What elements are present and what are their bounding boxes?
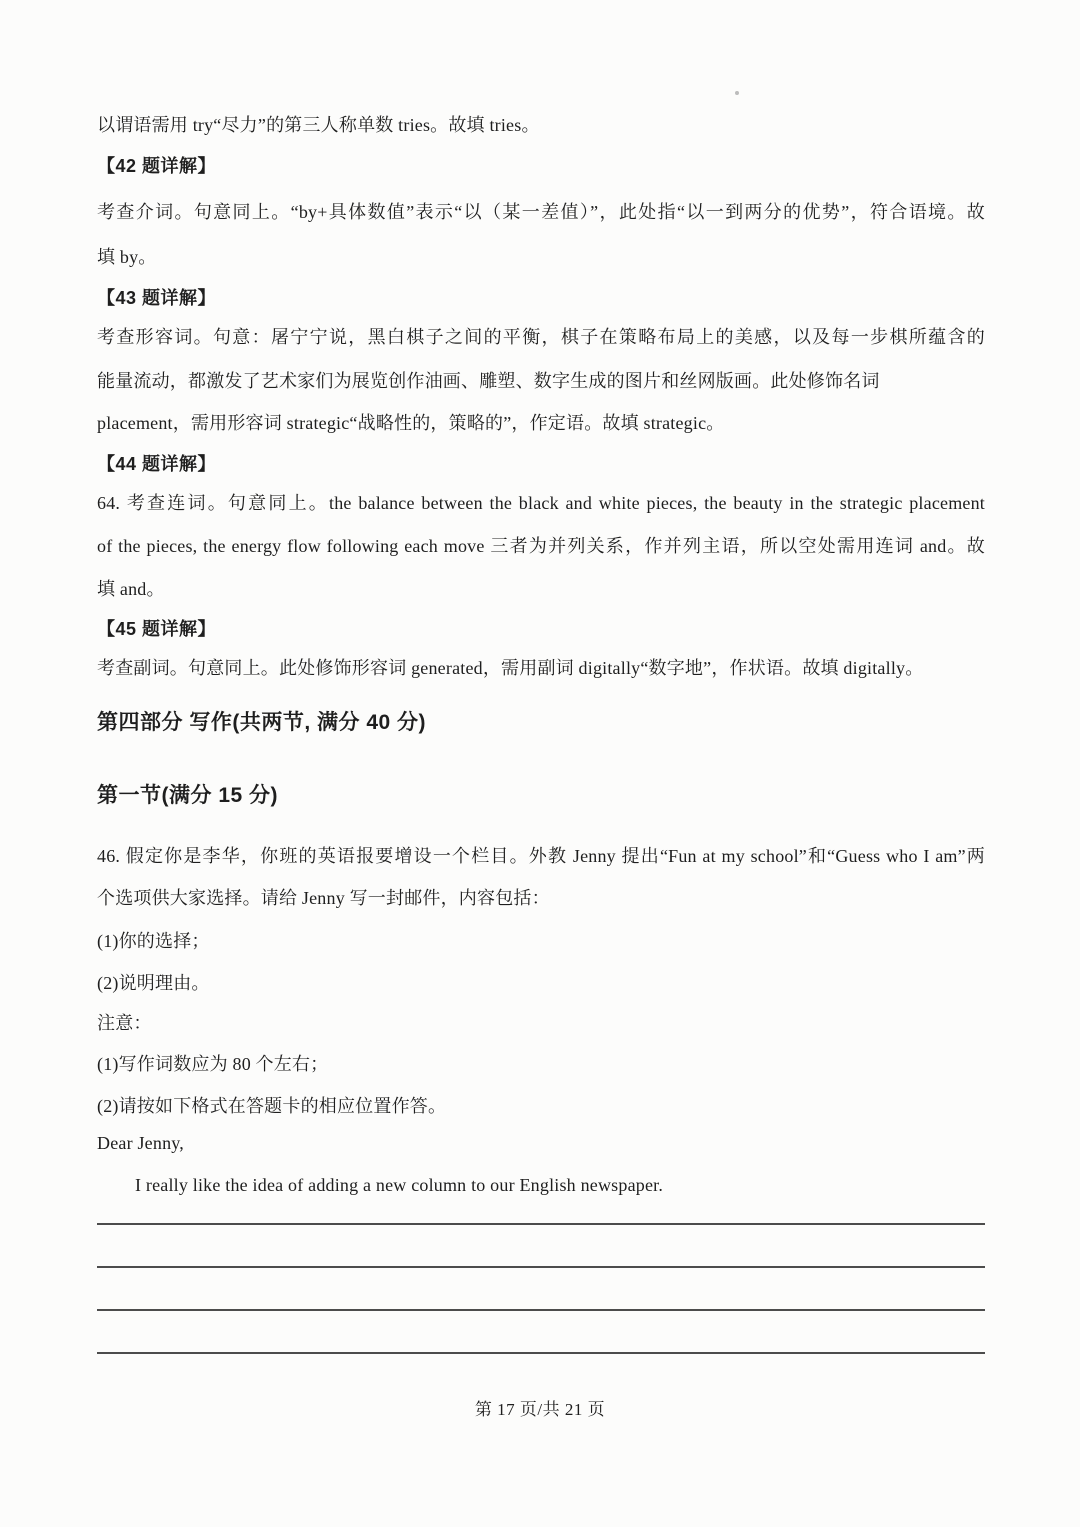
detail-heading-q45: 【45 题详解】 xyxy=(97,608,985,650)
answer-41-continuation: 以谓语需用 try“尽力”的第三人称单数 tries。故填 tries。 xyxy=(97,104,985,146)
scan-speck xyxy=(735,91,739,95)
page-number-footer: 第 17 页/共 21 页 xyxy=(0,1389,1080,1431)
note-2: (2)请按如下格式在答题卡的相应位置作答。 xyxy=(97,1085,985,1127)
task-46-line2: 个选项供大家选择。请给 Jenny 写一封邮件，内容包括： xyxy=(97,877,985,919)
answer-42-line1: 考查介词。句意同上。“by+具体数值”表示“以（某一差值）”，此处指“以一到两分… xyxy=(97,191,985,233)
task-46-line1: 46. 假定你是李华，你班的英语报要增设一个栏目。外教 Jenny 提出“Fun… xyxy=(97,835,985,877)
task-point-2: (2)说明理由。 xyxy=(97,962,985,1004)
letter-opening-sentence: I really like the idea of adding a new c… xyxy=(97,1164,985,1206)
answer-43-line3: placement，需用形容词 strategic“战略性的，策略的”，作定语。… xyxy=(97,402,985,444)
section-4-heading: 第四部分 写作(共两节, 满分 40 分) xyxy=(97,700,985,746)
notes-label: 注意： xyxy=(97,1002,985,1044)
answer-44-line2: of the pieces, the energy flow following… xyxy=(97,525,985,567)
answer-43-line2: 能量流动，都激发了艺术家们为展览创作油画、雕塑、数字生成的图片和丝网版画。此处修… xyxy=(97,360,985,402)
answer-45-line: 考查副词。句意同上。此处修饰形容词 generated，需用副词 digital… xyxy=(97,647,985,689)
answer-44-line3: 填 and。 xyxy=(97,568,985,610)
writing-line-3 xyxy=(97,1309,985,1311)
exam-answer-page: 以谓语需用 try“尽力”的第三人称单数 tries。故填 tries。 【42… xyxy=(0,0,1080,1527)
answer-43-line1: 考查形容词。句意：屠宁宁说，黑白棋子之间的平衡，棋子在策略布局上的美感，以及每一… xyxy=(97,316,985,358)
detail-heading-q43: 【43 题详解】 xyxy=(97,277,985,319)
writing-line-1 xyxy=(97,1223,985,1225)
detail-heading-q44: 【44 题详解】 xyxy=(97,443,985,485)
answer-44-line1: 64. 考查连词。句意同上。the balance between the bl… xyxy=(97,482,985,524)
task-point-1: (1)你的选择； xyxy=(97,920,985,962)
writing-line-2 xyxy=(97,1266,985,1268)
section-4-part1-heading: 第一节(满分 15 分) xyxy=(97,773,985,819)
detail-heading-q42: 【42 题详解】 xyxy=(97,145,985,187)
writing-line-4 xyxy=(97,1352,985,1354)
note-1: (1)写作词数应为 80 个左右； xyxy=(97,1043,985,1085)
answer-42-line2: 填 by。 xyxy=(97,236,985,278)
letter-salutation: Dear Jenny, xyxy=(97,1122,985,1164)
